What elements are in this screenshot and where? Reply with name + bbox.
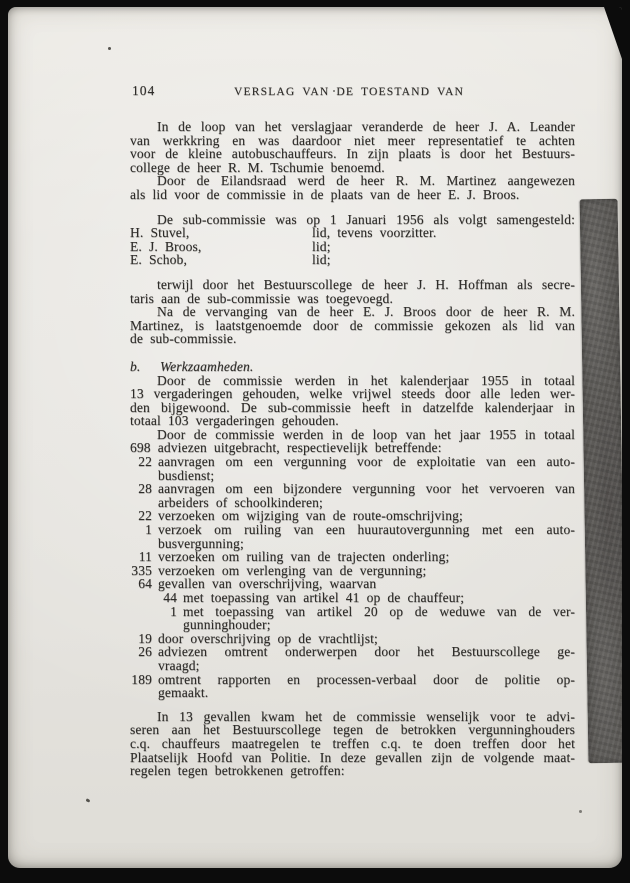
advice-item-number: 19: [130, 632, 152, 646]
advice-list-subitem: 44 met toepassing van artikel 41 op de c…: [130, 591, 575, 605]
ink-speck: [86, 798, 91, 802]
member-row: E. Schob, lid;: [130, 253, 575, 267]
member-row: E. J. Broos, lid;: [130, 240, 575, 254]
paragraph: De sub-commissie was op 1 Januari 1956 a…: [130, 213, 575, 227]
member-role: lid;: [312, 240, 575, 254]
advice-item-text: gevallen van overschrijving, waarvan: [158, 577, 575, 591]
advice-item-number: 22: [130, 455, 152, 482]
member-row: H. Stuvel, lid, tevens voorzitter.: [130, 226, 575, 240]
advice-item-text: met toepassing van artikel 41 op de chau…: [183, 591, 575, 605]
advice-item-number: 28: [130, 482, 152, 509]
paragraph: terwijl door het Bestuurscollege de heer…: [130, 278, 575, 305]
paragraph: Door de Eilandsraad werd de heer R. M. M…: [130, 174, 575, 201]
advice-item-text: omtrent rapporten en processen-verbaal d…: [158, 673, 575, 700]
section-label: b.: [130, 360, 160, 374]
advice-item-number: 335: [130, 564, 152, 578]
document-page: 104 VERSLAG VAN DE TOESTAND VAN In de lo…: [8, 7, 622, 868]
member-role: lid, tevens voorzitter.: [312, 226, 575, 240]
scan-background: 104 VERSLAG VAN DE TOESTAND VAN In de lo…: [0, 0, 630, 883]
section-title: Werkzaamheden.: [160, 360, 253, 374]
ink-speck: [108, 47, 111, 50]
advice-list-item: 1 verzoek om ruiling van een huurautover…: [130, 523, 575, 550]
advice-item-text: met toepassing van artikel 20 op de wedu…: [183, 605, 575, 632]
advice-item-text: aanvragen om een bijzondere vergunning v…: [158, 482, 575, 509]
advice-item-text: aanvragen om een vergunning voor de expl…: [158, 455, 575, 482]
section-heading: b. Werkzaamheden.: [130, 360, 575, 374]
advice-list-item: 26 adviezen omtrent onderwerpen door het…: [130, 645, 575, 672]
running-header: VERSLAG VAN DE TOESTAND VAN: [234, 86, 464, 100]
advice-item-number: 44: [155, 591, 177, 605]
advice-item-number: 26: [130, 645, 152, 672]
text-column: 104 VERSLAG VAN DE TOESTAND VAN In de lo…: [130, 84, 575, 778]
advice-list-item: 28 aanvragen om een bijzondere vergunnin…: [130, 482, 575, 509]
page-number: 104: [132, 84, 155, 98]
advice-list-item: 335 verzoeken om verlenging van de vergu…: [130, 564, 575, 578]
page-corner-notch: [604, 7, 622, 59]
advice-item-number: 22: [130, 509, 152, 523]
advice-list-item: 189 omtrent rapporten en processen-verba…: [130, 673, 575, 700]
advice-item-number: 1: [130, 523, 152, 550]
paragraph: Na de vervanging van de heer E. J. Broos…: [130, 305, 575, 346]
advice-item-text: door overschrijving op de vrachtlijst;: [158, 632, 575, 646]
advice-list-item: 64 gevallen van overschrijving, waarvan: [130, 577, 575, 591]
advice-list-item: 22 aanvragen om een vergunning voor de e…: [130, 455, 575, 482]
advice-item-text: adviezen omtrent onderwerpen door het Be…: [158, 645, 575, 672]
scan-edge-artifact: [580, 199, 622, 764]
advice-list-item: 22 verzoeken om wijziging van de route-o…: [130, 509, 575, 523]
advice-list-item: 19 door overschrijving op de vrachtlijst…: [130, 632, 575, 646]
paragraph: In 13 gevallen kwam het de commissie wen…: [130, 710, 575, 778]
paragraph: Door de commissie werden in het kalender…: [130, 374, 575, 428]
member-name: E. Schob,: [130, 253, 312, 267]
advice-item-number: 189: [130, 673, 152, 700]
advice-item-text: verzoek om ruiling van een huurautovergu…: [158, 523, 575, 550]
page-header: 104 VERSLAG VAN DE TOESTAND VAN: [130, 84, 575, 98]
advice-list-subitem: 1 met toepassing van artikel 20 op de we…: [130, 605, 575, 632]
advice-item-text: verzoeken om ruiling van de trajecten on…: [158, 550, 575, 564]
advice-item-number: 1: [155, 605, 177, 632]
advice-item-number: 11: [130, 550, 152, 564]
paragraph: In de loop van het verslagjaar veranderd…: [130, 120, 575, 174]
advice-item-text: verzoeken om wijziging van de route-omsc…: [158, 509, 575, 523]
ink-speck: [579, 810, 582, 813]
advice-item-number: 64: [130, 577, 152, 591]
paragraph: Door de commissie werden in de loop van …: [130, 428, 575, 455]
advice-item-text: verzoeken om verlenging van de vergunnin…: [158, 564, 575, 578]
advice-list-item: 11 verzoeken om ruiling van de trajecten…: [130, 550, 575, 564]
member-name: H. Stuvel,: [130, 226, 312, 240]
member-role: lid;: [312, 253, 575, 267]
member-name: E. J. Broos,: [130, 240, 312, 254]
